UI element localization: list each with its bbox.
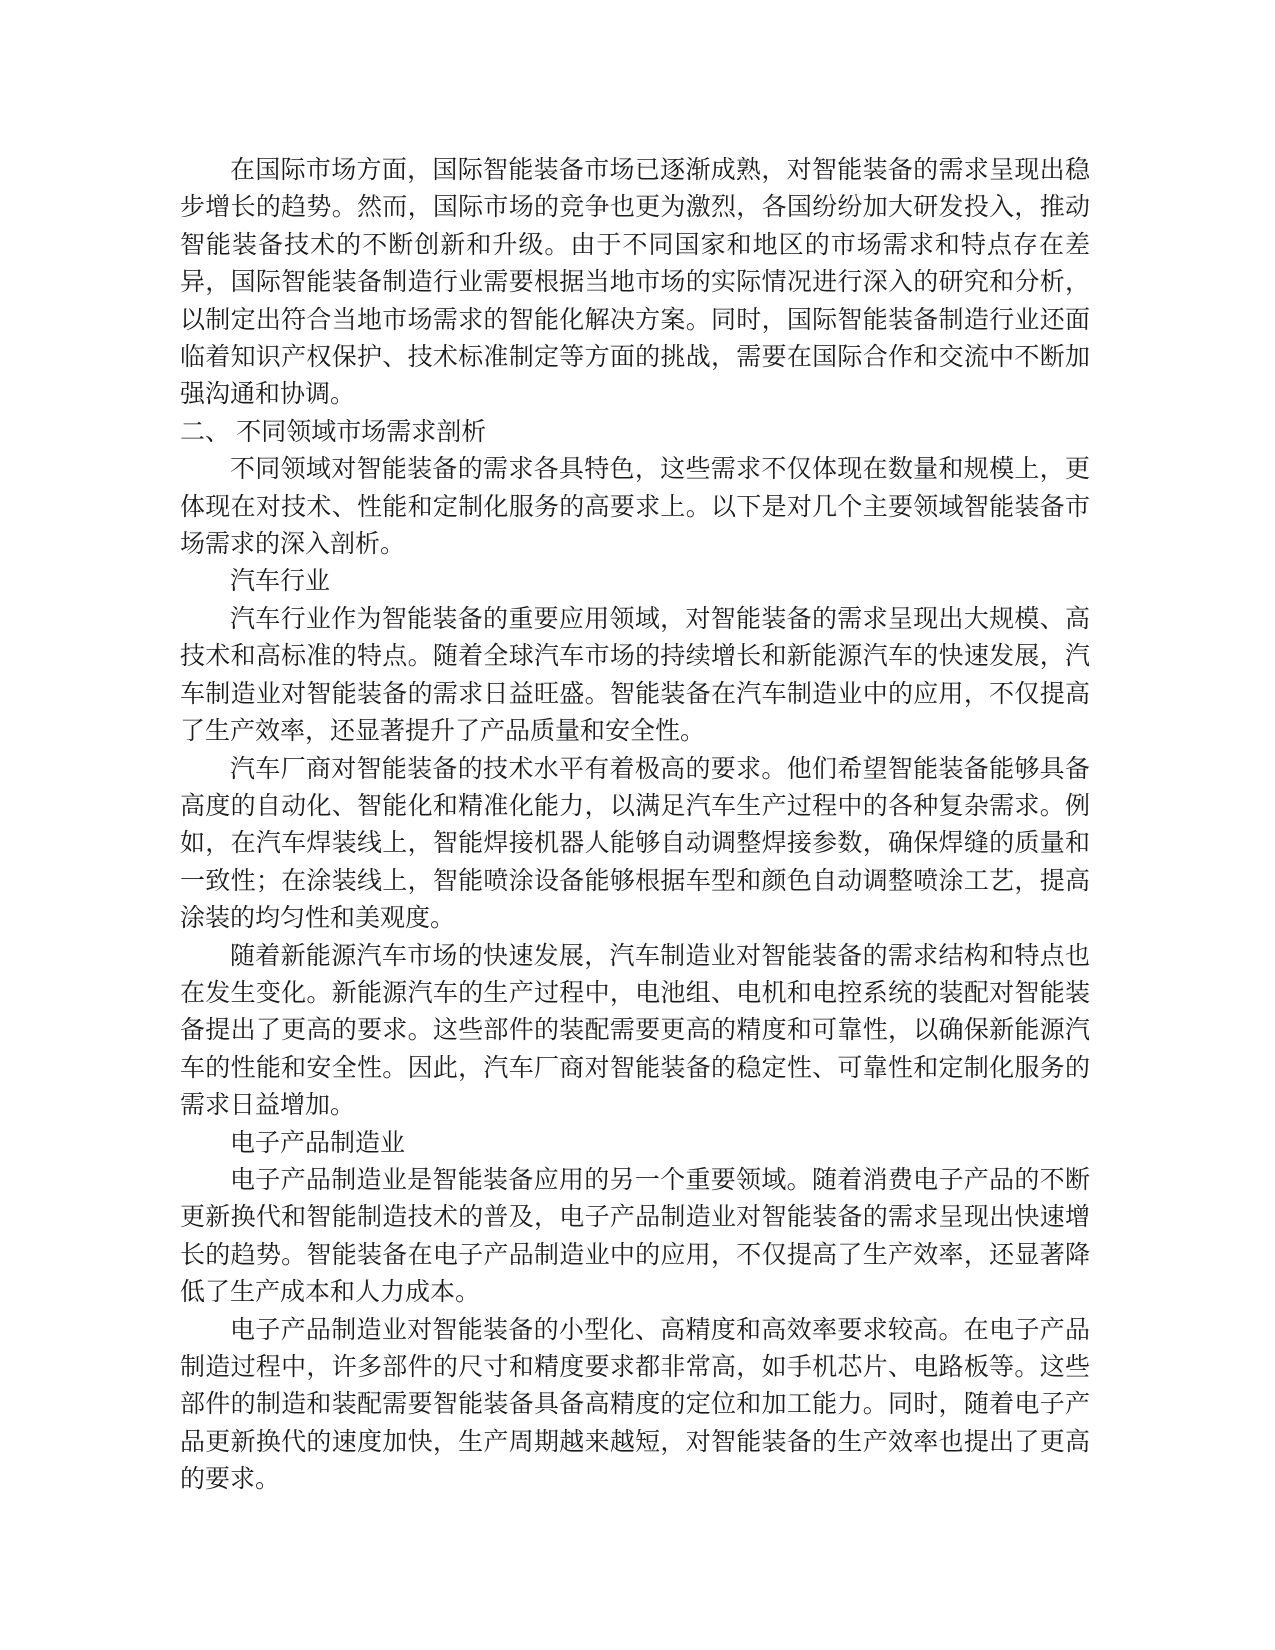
paragraph-automaker-technical-requirements: 汽车厂商对智能装备的技术水平有着极高的要求。他们希望智能装备能够具备高度的自动化…	[180, 751, 1090, 938]
paragraph-international-market: 在国际市场方面，国际智能装备市场已逐渐成熟，对智能装备的需求呈现出稳步增长的趋势…	[180, 152, 1090, 414]
subheading-automotive-industry: 汽车行业	[180, 563, 1090, 600]
document-page: 在国际市场方面，国际智能装备市场已逐渐成熟，对智能装备的需求呈现出稳步增长的趋势…	[0, 0, 1275, 1650]
section-heading-2-market-demand-analysis: 二、 不同领域市场需求剖析	[180, 414, 1090, 451]
paragraph-new-energy-vehicle-changes: 随着新能源汽车市场的快速发展，汽车制造业对智能装备的需求结构和特点也在发生变化。…	[180, 938, 1090, 1125]
document-text-body: 在国际市场方面，国际智能装备市场已逐渐成熟，对智能装备的需求呈现出稳步增长的趋势…	[180, 152, 1090, 1499]
paragraph-automotive-demand: 汽车行业作为智能装备的重要应用领域，对智能装备的需求呈现出大规模、高技术和高标准…	[180, 601, 1090, 751]
subheading-electronics-manufacturing: 电子产品制造业	[180, 1125, 1090, 1162]
paragraph-domain-demand-overview: 不同领域对智能装备的需求各具特色，这些需求不仅体现在数量和规模上，更体现在对技术…	[180, 451, 1090, 563]
paragraph-electronics-precision-requirements: 电子产品制造业对智能装备的小型化、高精度和高效率要求较高。在电子产品制造过程中，…	[180, 1312, 1090, 1499]
paragraph-electronics-demand-growth: 电子产品制造业是智能装备应用的另一个重要领域。随着消费电子产品的不断更新换代和智…	[180, 1162, 1090, 1312]
